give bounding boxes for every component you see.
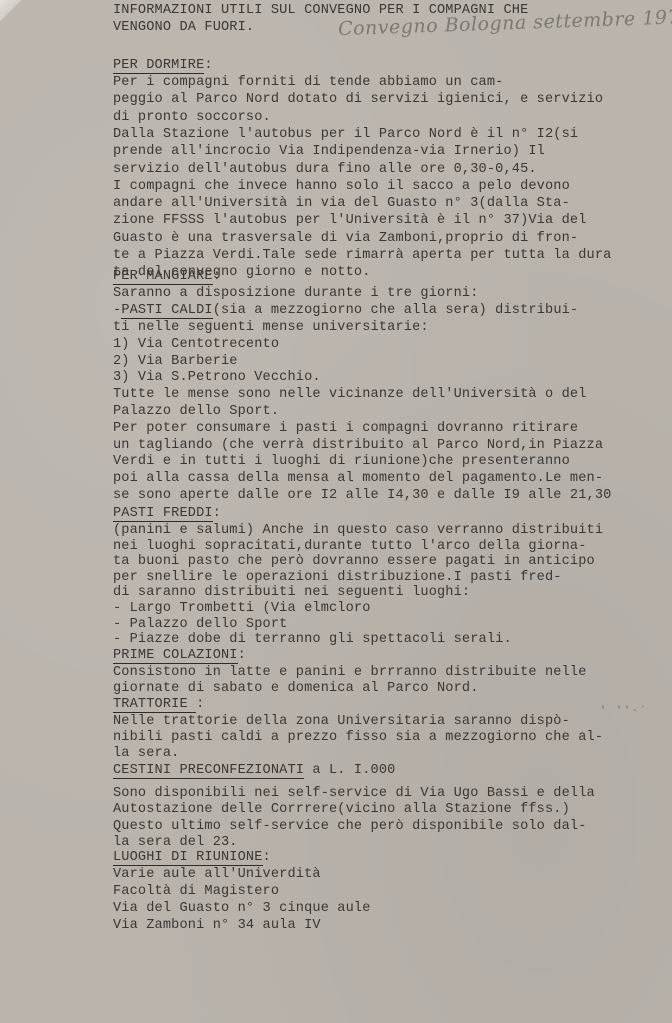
- stray-typewriter-marks: ' ''-`: [600, 706, 648, 717]
- text-line: Palazzo dello Sport.: [113, 403, 279, 420]
- heading-text: PRIME COLAZIONI: [113, 648, 238, 664]
- text-line: la sera.: [113, 745, 179, 762]
- pasti-caldi-rest: (sia a mezzogiorno che alla sera) distri…: [213, 303, 579, 318]
- section-heading-dormire: PER DORMIRE:: [113, 57, 213, 74]
- heading-text: LUOGHI DI RIUNIONE: [113, 850, 263, 866]
- heading-text: TRATTORIE: [113, 697, 196, 713]
- text-line: poi alla cassa della mensa al momento de…: [113, 470, 603, 487]
- page-corner-fold: [0, 0, 22, 22]
- text-line: Per i compagni forniti di tende abbiamo …: [113, 74, 503, 91]
- text-line: - Largo Trombetti (Via elmcloro: [113, 600, 371, 617]
- text-line: nibili pasti caldi a prezzo fisso sia a …: [113, 729, 603, 746]
- section-heading-cestini: CESTINI PRECONFEZIONATI a L. I.000: [113, 762, 395, 779]
- text-line: un tagliando (che verrà distribuito al P…: [113, 437, 603, 454]
- heading-colon: :: [204, 58, 212, 73]
- heading-colon: :: [196, 697, 204, 712]
- text-line: Per poter consumare i pasti i compagni d…: [113, 420, 578, 437]
- text-line: te a Piazza Verdi.Tale sede rimarrà aper…: [113, 247, 611, 264]
- text-line: Guasto è una trasversale di via Zamboni,…: [113, 230, 578, 247]
- text-line: - Palazzo dello Sport: [113, 616, 287, 633]
- text-line: - Piazze dobe di terranno gli spettacoli…: [113, 631, 512, 648]
- text-line: zione FFSSS l'autobus per l'Università è…: [113, 212, 587, 229]
- text-line: Questo ultimo self-service che però disp…: [113, 818, 587, 835]
- text-line: di pronto soccorso.: [113, 109, 271, 126]
- text-line: Facoltà di Magistero: [113, 883, 279, 900]
- text-line: 1) Via Centotrecento: [113, 336, 279, 353]
- heading-text: CESTINI PRECONFEZIONATI: [113, 763, 304, 779]
- text-line: per snellire le operazioni distribuzione…: [113, 569, 562, 586]
- heading-colon: :: [263, 850, 271, 865]
- heading-text: PASTI FREDDI: [113, 506, 213, 522]
- text-line: Sono disponibili nei self-service di Via…: [113, 785, 595, 802]
- section-heading-prime-colazioni: PRIME COLAZIONI:: [113, 647, 246, 664]
- text-line: Via del Guasto n° 3 cinque aule: [113, 900, 371, 917]
- text-line: Via Zamboni n° 34 aula IV: [113, 917, 321, 934]
- mangiare-intro: Saranno a disposizione durante i tre gio…: [113, 285, 479, 302]
- text-line: giornate di sabato e domenica al Parco N…: [113, 680, 479, 697]
- text-line: 2) Via Barberie: [113, 353, 238, 370]
- heading-colon: :: [238, 648, 246, 663]
- text-line: prende all'incrocio Via Indipendenza-via…: [113, 143, 545, 160]
- pasti-caldi-label: PASTI CALDI: [121, 303, 212, 319]
- text-line: Tutte le mense sono nelle vicinanze dell…: [113, 386, 587, 403]
- text-line: peggio al Parco Nord dotato di servizi i…: [113, 91, 603, 108]
- text-line: ti nelle seguenti mense universitarie:: [113, 319, 429, 336]
- section-heading-luoghi-riunione: LUOGHI DI RIUNIONE:: [113, 849, 271, 866]
- text-line: nei luoghi sopracitati,durante tutto l'a…: [113, 538, 587, 555]
- pasti-caldi-line: -PASTI CALDI(sia a mezzogiorno che alla …: [113, 302, 578, 319]
- text-line: di saranno distribuiti nei seguenti luog…: [113, 584, 470, 601]
- text-line: andare all'Università in via del Guasto …: [113, 195, 570, 212]
- text-line: Nelle trattorie della zona Universitaria…: [113, 713, 570, 730]
- text-line: Autostazione delle Corrrere(vicino alla …: [113, 801, 570, 818]
- section-heading-trattorie: TRATTORIE :: [113, 696, 204, 713]
- text-line: ta buoni pasto che però dovranno essere …: [113, 553, 595, 570]
- text-line: Dalla Stazione l'autobus per il Parco No…: [113, 126, 578, 143]
- text-line: Varie aule all'Univerdità: [113, 866, 321, 883]
- text-line: Consistono in latte e panini e brrranno …: [113, 664, 587, 681]
- document-title-line-2: VENGONO DA FUORI.: [113, 19, 254, 36]
- heading-price: a L. I.000: [304, 763, 395, 778]
- text-line: 3) Via S.Petrono Vecchio.: [113, 369, 321, 386]
- section-heading-mangiare: PER MANGIARE:: [113, 268, 221, 285]
- typed-text-block: INFORMAZIONI UTILI SUL CONVEGNO PER I CO…: [113, 0, 146, 630]
- heading-text: PER MANGIARE: [113, 269, 213, 285]
- text-line: I compagni che invece hanno solo il sacc…: [113, 178, 570, 195]
- section-heading-pasti-freddi: PASTI FREDDI:: [113, 505, 221, 522]
- typewritten-page: Convegno Bologna settembre 1977 INFORMAZ…: [0, 0, 672, 1023]
- text-line: (panini e salumi) Anche in questo caso v…: [113, 522, 603, 539]
- text-line: servizio dell'autobus dura fino alle ore…: [113, 161, 537, 178]
- heading-colon: :: [213, 506, 221, 521]
- heading-text: PER DORMIRE: [113, 58, 204, 74]
- document-title-line-1: INFORMAZIONI UTILI SUL CONVEGNO PER I CO…: [113, 2, 528, 19]
- heading-colon: :: [213, 269, 221, 284]
- text-line: se sono aperte dalle ore I2 alle I4,30 e…: [113, 487, 611, 504]
- text-line: Verdi e in tutti i luoghi di riunione)ch…: [113, 453, 570, 470]
